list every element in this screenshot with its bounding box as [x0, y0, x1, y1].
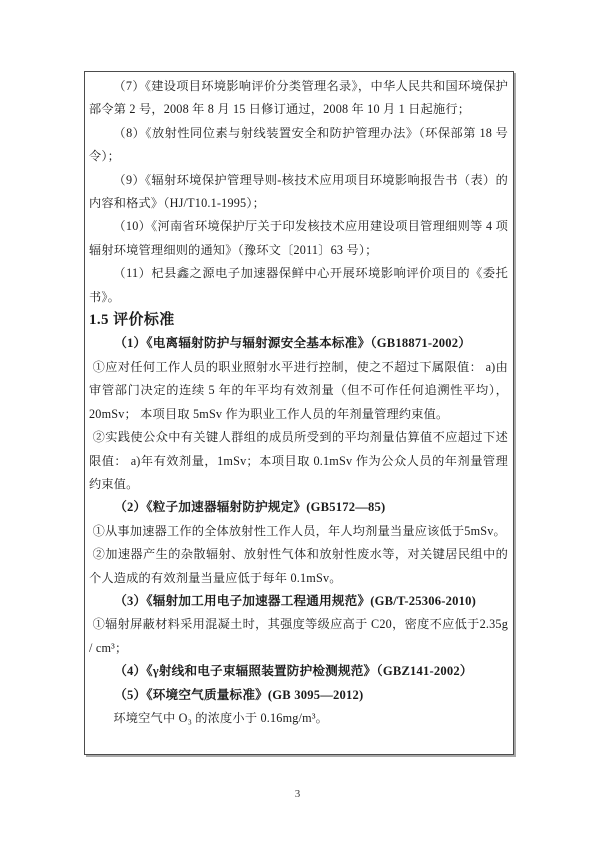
paragraph-item-heading: （1）《电离辐射防护与辐射源安全基本标准》（GB18871-2002） [89, 332, 508, 355]
page-number: 3 [0, 788, 595, 800]
paragraph-numbered: （10）《河南省环境保护厅关于印发核技术应用建设项目管理细则等 4 项辐射环境管… [89, 215, 508, 262]
paragraph-sub-item: ②加速器产生的杂散辐射、放射性气体和放射性废水等，对关键居民组中的个人造成的有效… [89, 543, 508, 590]
paragraph-plain: 环境空气中 O₃ 的浓度小于 0.16mg/m³。 [89, 707, 508, 730]
content-border-box: （7）《建设项目环境影响评价分类管理名录》，中华人民共和国环境保护部令第 2 号… [84, 71, 514, 755]
paragraph-numbered: （8）《放射性同位素与射线装置安全和防护管理办法》（环保部第 18 号令）； [89, 122, 508, 169]
paragraph-sub-item: ①辐射屏蔽材料采用混凝土时，其强度等级应高于 C20，密度不应低于2.35g /… [89, 613, 508, 660]
paragraph-sub-item: ①从事加速器工作的全体放射性工作人员，年人均剂量当量应该低于5mSv。 [89, 520, 508, 543]
paragraph-numbered: （9）《辐射环境保护管理导则-核技术应用项目环境影响报告书（表）的内容和格式》（… [89, 169, 508, 216]
document-page: （7）《建设项目环境影响评价分类管理名录》，中华人民共和国环境保护部令第 2 号… [0, 0, 595, 842]
paragraph-sub-item: ②实践使公众中有关键人群组的成员所受到的平均剂量估算值不应超过下述限值： a)年… [89, 426, 508, 496]
paragraph-item-heading: （2）《粒子加速器辐射防护规定》(GB5172—85) [89, 496, 508, 519]
paragraph-section-heading: 1.5 评价标准 [89, 309, 508, 332]
paragraph-item-heading: （5）《环境空气质量标准》(GB 3095—2012) [89, 684, 508, 707]
paragraph-sub-item: ①应对任何工作人员的职业照射水平进行控制，使之不超过下属限值： a)由审管部门决… [89, 356, 508, 426]
paragraph-numbered: （7）《建设项目环境影响评价分类管理名录》，中华人民共和国环境保护部令第 2 号… [89, 75, 508, 122]
paragraph-item-heading: （4）《γ射线和电子束辐照装置防护检测规范》（GBZ141-2002） [89, 660, 508, 683]
paragraph-numbered: （11）杞县鑫之源电子加速器保鲜中心开展环境影响评价项目的《委托书》。 [89, 262, 508, 309]
document-body: （7）《建设项目环境影响评价分类管理名录》，中华人民共和国环境保护部令第 2 号… [89, 75, 508, 730]
paragraph-item-heading: （3）《辐射加工用电子加速器工程通用规范》(GB/T-25306-2010) [89, 590, 508, 613]
